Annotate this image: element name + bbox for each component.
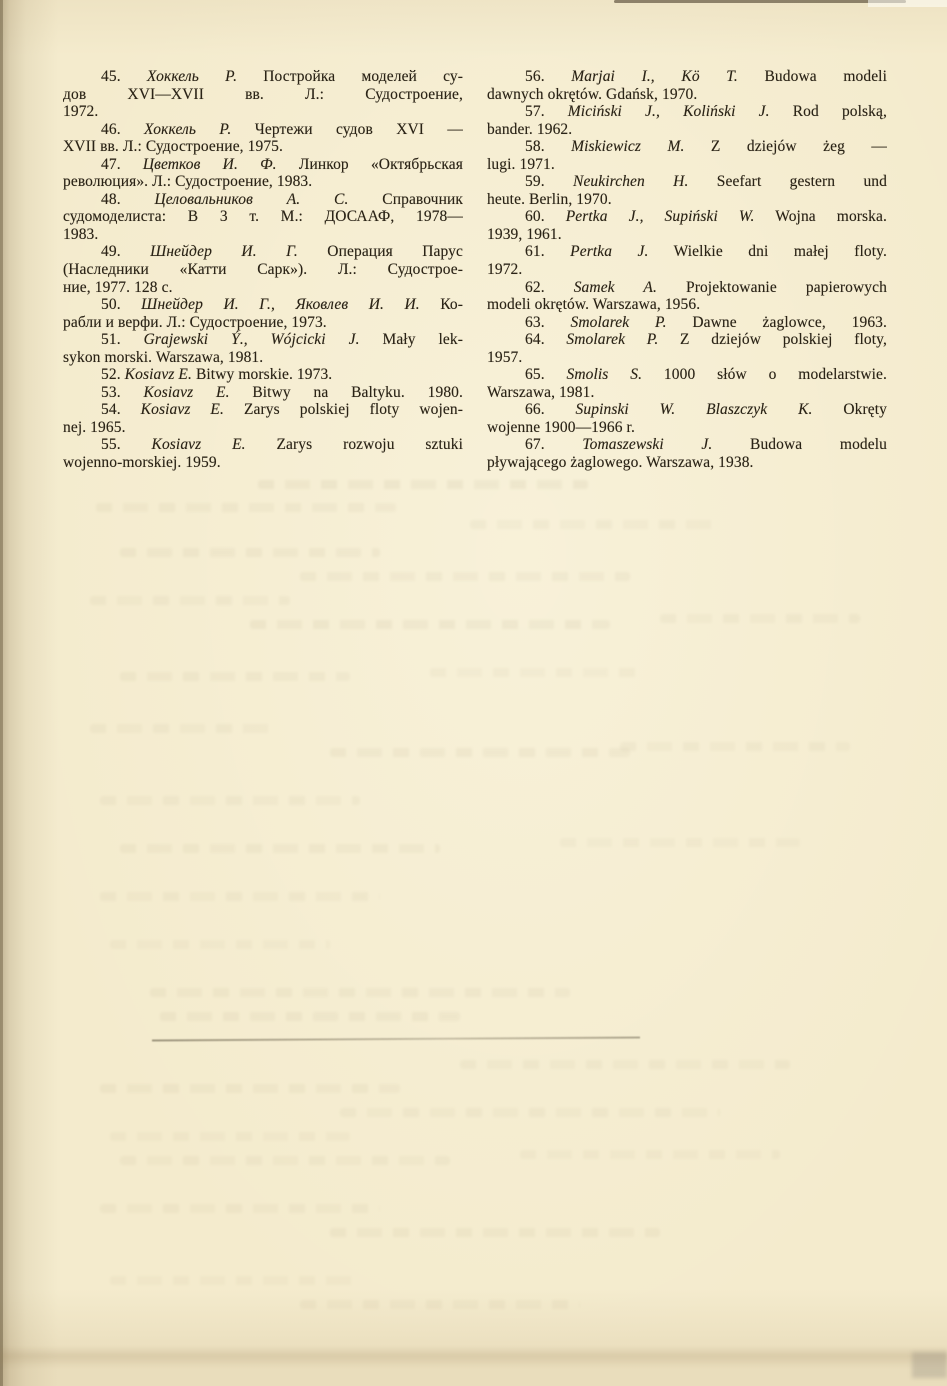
bibliography-line: 63. Smolarek P. Dawne żaglowce, 1963. bbox=[487, 314, 887, 332]
bibliography-line: heute. Berlin, 1970. bbox=[487, 191, 887, 209]
bibliography-line: революция». Л.: Судостроение, 1983. bbox=[63, 173, 463, 191]
bibliography-line: ние, 1977. 128 с. bbox=[63, 279, 463, 297]
entry-text: ние, 1977. 128 с. bbox=[63, 279, 173, 296]
entry-text: Ко- bbox=[420, 296, 463, 313]
bibliography-line: 1972. bbox=[63, 103, 463, 121]
entry-text: 55. bbox=[101, 436, 152, 453]
entry-text: Wielkie dni małej floty. bbox=[648, 243, 887, 260]
bibliography-line: modeli okrętów. Warszawa, 1956. bbox=[487, 296, 887, 314]
author-name: Grajewski Ý., Wójcicki J. bbox=[144, 331, 360, 348]
entry-text: 46. bbox=[101, 121, 144, 138]
entry-text: судомоделиста: В 3 т. М.: ДОСААФ, 1978— bbox=[63, 208, 463, 225]
author-name: Smolarek P. bbox=[570, 314, 666, 331]
entry-text: 57. bbox=[525, 103, 568, 120]
entry-text: wojenno-morskiej. 1959. bbox=[63, 454, 221, 471]
entry-text: XVII вв. Л.: Судостроение, 1975. bbox=[63, 138, 283, 155]
entry-text: 1000 słów o modelarstwie. bbox=[642, 366, 887, 383]
entry-text: Z dziejów polskiej floty, bbox=[658, 331, 887, 348]
bibliography-line: (Наследники «Катти Сарк»). Л.: Судострое… bbox=[63, 261, 463, 279]
entry-text: 62. bbox=[525, 279, 574, 296]
scan-top-edge-line bbox=[614, 0, 906, 3]
entry-text: Z dziejów żeg — bbox=[684, 138, 887, 155]
bibliography-column-right: 56. Marjai I., Kö T. Budowa modelidawnyc… bbox=[487, 68, 887, 472]
entry-text: 61. bbox=[525, 243, 570, 260]
author-name: Pertka J., Supiński W. bbox=[566, 208, 755, 225]
entry-text: 1972. bbox=[63, 103, 98, 120]
bibliography-line: 1957. bbox=[487, 349, 887, 367]
entry-text: Dawne żaglowce, 1963. bbox=[667, 314, 887, 331]
author-name: Tomaszewski J. bbox=[582, 436, 712, 453]
entry-text: 56. bbox=[525, 68, 571, 85]
entry-text: pływającego żaglowego. Warszawa, 1938. bbox=[487, 454, 754, 471]
entry-text: 1972. bbox=[487, 261, 522, 278]
bibliography-line: 54. Kosiavz E. Zarys polskiej floty woje… bbox=[63, 401, 463, 419]
entry-text: Warszawa, 1981. bbox=[487, 384, 594, 401]
bibliography-line: 53. Kosiavz E. Bitwy na Baltyku. 1980. bbox=[63, 384, 463, 402]
entry-text: 58. bbox=[525, 138, 571, 155]
author-name: Целовальников А. С. bbox=[154, 191, 348, 208]
bibliography-line: дов XVI—XVII вв. Л.: Судостроение, bbox=[63, 86, 463, 104]
entry-text: Budowa modelu bbox=[712, 436, 887, 453]
scan-shadow-band bbox=[0, 1346, 947, 1368]
page-left-edge bbox=[0, 0, 3, 1386]
bibliography-line: 1939, 1961. bbox=[487, 226, 887, 244]
author-name: Miskiewicz M. bbox=[571, 138, 684, 155]
bibliography-line: 52. Kosiavz E. Bitwy morskie. 1973. bbox=[63, 366, 463, 384]
entry-text: lugi. 1971. bbox=[487, 156, 555, 173]
entry-text: дов XVI—XVII вв. Л.: Судостроение, bbox=[63, 86, 463, 103]
bibliography-line: 1983. bbox=[63, 226, 463, 244]
bibliography-column-left: 45. Хоккель Р. Постройка моделей су-дов … bbox=[63, 68, 463, 472]
entry-text: 53. bbox=[101, 384, 143, 401]
entry-text: 52. bbox=[101, 366, 125, 383]
bibliography-line: pływającego żaglowego. Warszawa, 1938. bbox=[487, 454, 887, 472]
entry-text: Mały lek- bbox=[360, 331, 463, 348]
entry-text: Bitwy na Baltyku. 1980. bbox=[230, 384, 463, 401]
author-name: Kosiavz E. bbox=[141, 401, 224, 418]
entry-text: Операция Парус bbox=[298, 243, 463, 260]
bibliography-line: lugi. 1971. bbox=[487, 156, 887, 174]
bibliography-line: рабли и верфи. Л.: Судостроение, 1973. bbox=[63, 314, 463, 332]
bibliography-line: 48. Целовальников А. С. Справочник bbox=[63, 191, 463, 209]
author-name: Smolarek P. bbox=[566, 331, 658, 348]
bibliography-line: судомоделиста: В 3 т. М.: ДОСААФ, 1978— bbox=[63, 208, 463, 226]
entry-text: 50. bbox=[101, 296, 141, 313]
bibliography-line: 66. Supinski W. Blaszczyk K. Okręty bbox=[487, 401, 887, 419]
bibliography-line: 46. Хоккель Р. Чертежи судов XVI — bbox=[63, 121, 463, 139]
entry-text: 1957. bbox=[487, 349, 522, 366]
author-name: Шнейдер И. Г. bbox=[150, 243, 298, 260]
entry-text: Bitwy morskie. 1973. bbox=[192, 366, 332, 383]
author-name: Neukirchen H. bbox=[573, 173, 688, 190]
entry-text: рабли и верфи. Л.: Судостроение, 1973. bbox=[63, 314, 327, 331]
entry-text: 54. bbox=[101, 401, 141, 418]
bibliography-line: 67. Tomaszewski J. Budowa modelu bbox=[487, 436, 887, 454]
bibliography-line: sykon morski. Warszawa, 1981. bbox=[63, 349, 463, 367]
entry-text: Постройка моделей су- bbox=[237, 68, 463, 85]
entry-text: 51. bbox=[101, 331, 144, 348]
entry-text: dawnych okrętów. Gdańsk, 1970. bbox=[487, 86, 697, 103]
author-name: Kosiavz E. bbox=[143, 384, 229, 401]
entry-text: modeli okrętów. Warszawa, 1956. bbox=[487, 296, 700, 313]
bibliography-line: 65. Smolis S. 1000 słów o modelarstwie. bbox=[487, 366, 887, 384]
bibliography-line: 59. Neukirchen H. Seefart gestern und bbox=[487, 173, 887, 191]
author-name: Хоккель Р. bbox=[147, 68, 237, 85]
author-name: Miciński J., Koliński J. bbox=[568, 103, 770, 120]
bibliography-line: 64. Smolarek P. Z dziejów polskiej floty… bbox=[487, 331, 887, 349]
entry-text: 60. bbox=[525, 208, 566, 225]
entry-text: sykon morski. Warszawa, 1981. bbox=[63, 349, 263, 366]
entry-text: 63. bbox=[525, 314, 570, 331]
author-name: Marjai I., Kö T. bbox=[571, 68, 738, 85]
author-name: Samek A. bbox=[574, 279, 657, 296]
entry-text: Линкор «Октябрьская bbox=[277, 156, 463, 173]
entry-text: wojenne 1900—1966 r. bbox=[487, 419, 635, 436]
entry-text: Zarys rozwoju sztuki bbox=[246, 436, 463, 453]
bibliography-line: 60. Pertka J., Supiński W. Wojna morska. bbox=[487, 208, 887, 226]
entry-text: 64. bbox=[525, 331, 566, 348]
bibliography-line: 1972. bbox=[487, 261, 887, 279]
author-name: Supinski W. Blaszczyk K. bbox=[576, 401, 813, 418]
bibliography-line: nej. 1965. bbox=[63, 419, 463, 437]
entry-text: 1939, 1961. bbox=[487, 226, 562, 243]
author-name: Kosiavz E. bbox=[152, 436, 246, 453]
bibliography-line: 56. Marjai I., Kö T. Budowa modeli bbox=[487, 68, 887, 86]
entry-text: (Наследники «Катти Сарк»). Л.: Судострое… bbox=[63, 261, 463, 278]
author-name: Шнейдер И. Г., Яковлев И. И. bbox=[141, 296, 420, 313]
author-name: Хоккель Р. bbox=[144, 121, 231, 138]
entry-text: heute. Berlin, 1970. bbox=[487, 191, 612, 208]
bibliography-line: 51. Grajewski Ý., Wójcicki J. Mały lek- bbox=[63, 331, 463, 349]
pencil-line bbox=[152, 1037, 640, 1042]
bibliography-line: Warszawa, 1981. bbox=[487, 384, 887, 402]
bibliography-line: bander. 1962. bbox=[487, 121, 887, 139]
bibliography-line: 57. Miciński J., Koliński J. Rod polską, bbox=[487, 103, 887, 121]
entry-text: Справочник bbox=[348, 191, 463, 208]
entry-text: 1983. bbox=[63, 226, 98, 243]
book-page: 45. Хоккель Р. Постройка моделей су-дов … bbox=[0, 0, 947, 1386]
entry-text: Okręty bbox=[813, 401, 887, 418]
bibliography-line: dawnych okrętów. Gdańsk, 1970. bbox=[487, 86, 887, 104]
scan-corner-mark bbox=[912, 1352, 947, 1378]
author-name: Pertka J. bbox=[570, 243, 648, 260]
bibliography-line: 61. Pertka J. Wielkie dni małej floty. bbox=[487, 243, 887, 261]
entry-text: 59. bbox=[525, 173, 573, 190]
entry-text: bander. 1962. bbox=[487, 121, 572, 138]
entry-text: Wojna morska. bbox=[754, 208, 887, 225]
entry-text: 45. bbox=[101, 68, 147, 85]
entry-text: Zarys polskiej floty wojen- bbox=[224, 401, 463, 418]
entry-text: Rod polską, bbox=[770, 103, 887, 120]
bibliography-line: wojenno-morskiej. 1959. bbox=[63, 454, 463, 472]
entry-text: Projektowanie papierowych bbox=[657, 279, 887, 296]
entry-text: революция». Л.: Судостроение, 1983. bbox=[63, 173, 312, 190]
author-name: Smolis S. bbox=[567, 366, 643, 383]
bibliography-line: wojenne 1900—1966 r. bbox=[487, 419, 887, 437]
entry-text: Чертежи судов XVI — bbox=[231, 121, 463, 138]
bibliography-line: 47. Цветков И. Ф. Линкор «Октябрьская bbox=[63, 156, 463, 174]
bibliography-line: 58. Miskiewicz M. Z dziejów żeg — bbox=[487, 138, 887, 156]
bibliography-line: XVII вв. Л.: Судостроение, 1975. bbox=[63, 138, 463, 156]
entry-text: Budowa modeli bbox=[738, 68, 887, 85]
bibliography-line: 62. Samek A. Projektowanie papierowych bbox=[487, 279, 887, 297]
entry-text: nej. 1965. bbox=[63, 419, 126, 436]
entry-text: 49. bbox=[101, 243, 150, 260]
entry-text: 66. bbox=[525, 401, 576, 418]
entry-text: 48. bbox=[101, 191, 154, 208]
scan-top-edge-highlight bbox=[868, 0, 947, 7]
author-name: Цветков И. Ф. bbox=[143, 156, 277, 173]
entry-text: Seefart gestern und bbox=[688, 173, 887, 190]
page-gutter-shadow bbox=[0, 0, 60, 1386]
bibliography-line: 50. Шнейдер И. Г., Яковлев И. И. Ко- bbox=[63, 296, 463, 314]
entry-text: 47. bbox=[101, 156, 143, 173]
author-name: Kosiavz E. bbox=[125, 366, 192, 383]
entry-text: 67. bbox=[525, 436, 582, 453]
entry-text: 65. bbox=[525, 366, 567, 383]
bibliography-line: 45. Хоккель Р. Постройка моделей су- bbox=[63, 68, 463, 86]
bibliography-line: 55. Kosiavz E. Zarys rozwoju sztuki bbox=[63, 436, 463, 454]
bibliography-line: 49. Шнейдер И. Г. Операция Парус bbox=[63, 243, 463, 261]
